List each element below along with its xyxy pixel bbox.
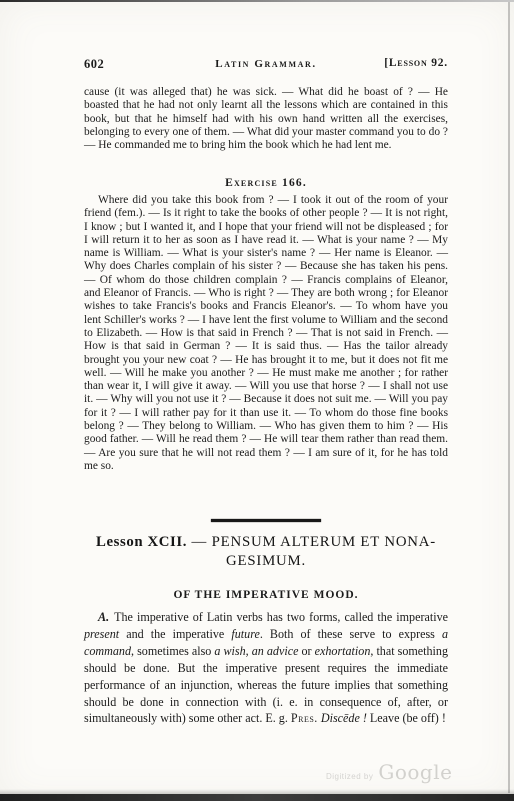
book-page: 602 Latin Grammar. [Lesson 92. cause (it…	[0, 0, 514, 801]
imperative-mood-paragraph: A.The imperative of Latin verbs has two …	[84, 609, 448, 727]
scan-edge-top	[0, 0, 514, 2]
lesson-reference: [Lesson 92.	[384, 57, 448, 69]
watermark: Digitized by Google	[326, 760, 452, 784]
exercise-heading: Exercise 166.	[84, 177, 448, 189]
exercise-paragraph: Where did you take this book from ? — I …	[84, 194, 448, 473]
lesson-subheading: OF THE IMPERATIVE MOOD.	[84, 589, 448, 601]
intro-paragraph: cause (it was alleged that) he was sick.…	[84, 86, 448, 152]
scan-edge-right	[508, 2, 510, 793]
google-logo: Google	[378, 760, 452, 784]
scan-edge-bottom	[0, 794, 514, 801]
lesson-heading: Lesson XCII. — PENSUM ALTERUM ET NONA-GE…	[84, 533, 448, 571]
section-divider-rule	[211, 519, 321, 522]
watermark-prefix: Digitized by	[326, 772, 373, 781]
page-header: 602 Latin Grammar. [Lesson 92.	[84, 57, 448, 73]
